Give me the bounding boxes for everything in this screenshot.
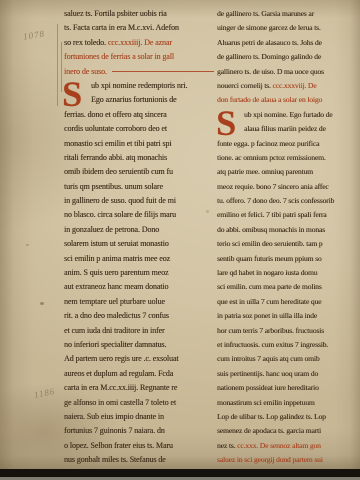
ink-text-segment: nouerci cornelij ts. — [217, 81, 272, 90]
ink-text-segment: ub xpi nomine. Ego furtado de — [244, 110, 332, 119]
ink-text-segment: fonte egga. p facinoz meoz purifica — [217, 139, 319, 148]
manuscript-text-line: fortuniones de ferrias a solar in gall — [64, 50, 216, 64]
ink-text-segment: que est in uilla 7 cum hereditate que — [217, 297, 321, 306]
manuscript-text-line: Ego aznarius fortunionis de — [64, 93, 216, 107]
ink-text-segment: in gonzaluez de petrona. Dono — [64, 225, 159, 234]
ink-text-segment: omib ibidem deo seruientib cum fu — [64, 167, 173, 176]
ink-text-segment: Aluarus petri de alasauco ts. Johs de — [217, 38, 322, 47]
manuscript-text-line: suis pertinentijs. hanc uoq uram do — [217, 367, 356, 381]
manuscript-text-line: tu. offero. 7 dono deo. 7 scis confessor… — [217, 194, 356, 208]
manuscript-text-line: nez ts. cc.xxx. De sennoz altam gon — [217, 439, 356, 453]
manuscript-text-line: semenez de apodaca ts. garcia marti — [217, 424, 356, 438]
ink-text-segment: nationem possideat iure hereditario — [217, 383, 319, 392]
ink-text-segment: Lop de ulibar ts. Lop galindez ts. Lop — [217, 412, 326, 421]
manuscript-text-line: nem temptare uel pturbare uolue — [64, 295, 216, 309]
manuscript-text-line: fortunius 7 guinonis 7 naiara. dn — [64, 424, 216, 438]
rubric-line-filler — [112, 71, 214, 72]
manuscript-text-line: nationem possideat iure hereditario — [217, 381, 356, 395]
manuscript-text-line: tione. ac omnium pctoz remissionem. — [217, 151, 356, 165]
text-column-left: S saluez ts. Fortila psbiter uobis riats… — [64, 7, 216, 468]
ink-text-segment: ge alfonso in omi castella 7 toleto et — [64, 398, 176, 407]
ink-text-segment: gallinero ts. de uiso. D ma uoce quos — [217, 67, 324, 76]
manuscript-photo: 1078 1186 S saluez ts. Fortila psbiter u… — [0, 0, 360, 480]
manuscript-text-line: gallinero ts. de uiso. D ma uoce quos — [217, 65, 356, 79]
manuscript-text-line: et infructuosis. cum exitus 7 ingressib. — [217, 338, 356, 352]
ink-text-segment: no blasco. circa solare de filijs maru — [64, 210, 176, 219]
manuscript-text-line: monastio sci emilin et tibi patri spi — [64, 137, 216, 151]
manuscript-text-line: o lopez. Selbon frater eius ts. Maru — [64, 439, 216, 453]
ink-text-segment: Ego aznarius fortunionis de — [91, 95, 177, 104]
manuscript-text-line: sci emilin p anima matris mee eoz — [64, 252, 216, 266]
ink-text-segment: naiera. Sub eius impio dnante in — [64, 412, 164, 421]
manuscript-text-line: atq patrie mee. omniuq parentum — [217, 165, 356, 179]
ink-text-segment: cordis uoluntate corroboro deo et — [64, 124, 167, 133]
manuscript-text-line: ritali ferrando abbi. atq monachis — [64, 151, 216, 165]
ink-text-segment: alaua filius mariin peidez de — [244, 124, 326, 133]
manuscript-text-line: ferrias. dono et offero atq sincera — [64, 108, 216, 122]
manuscript-text-line: fonte egga. p facinoz meoz purifica — [217, 137, 356, 151]
rubric-text-segment: fortuniones de ferrias a solar in gall — [64, 52, 174, 61]
ink-text-segment: nem temptare uel pturbare uolue — [64, 297, 165, 306]
photo-edge-strip — [0, 469, 360, 480]
ink-text-segment: hor cum terris 7 arboribus. fructuosis — [217, 326, 324, 335]
manuscript-text-line: aut extraneoz hanc meam donatio — [64, 280, 216, 294]
manuscript-text-line: so rex toledo. ccc.xxxiiij. De aznar — [64, 36, 216, 50]
ink-text-segment: tu. offero. 7 dono deo. 7 scis confessor… — [217, 196, 334, 205]
ink-text-segment: de gallinero ts. Domingo galindo de — [217, 52, 321, 61]
manuscript-text-line: sentib quam futuris meum ppium so — [217, 252, 356, 266]
ink-text-segment: o lopez. Selbon frater eius ts. Maru — [64, 441, 173, 450]
parchment-page: 1078 1186 S saluez ts. Fortila psbiter u… — [0, 0, 360, 469]
manuscript-text-line: lare qd habet in nogaro iusta domu — [217, 266, 356, 280]
manuscript-text-line: que est in uilla 7 cum hereditate que — [217, 295, 356, 309]
ink-text-segment: semenez de apodaca ts. garcia marti — [217, 426, 321, 435]
ink-text-segment: aureos et duplum ad regulam. Fcda — [64, 369, 173, 378]
ink-text-segment: terio sci emilin deo seruientib. tam p — [217, 239, 322, 248]
parchment-speck — [26, 244, 29, 246]
ink-text-segment: ferrias. dono et offero atq sincera — [64, 110, 167, 119]
manuscript-text-line: Lop de ulibar ts. Lop galindez ts. Lop — [217, 410, 356, 424]
manuscript-text-line: cordis uoluntate corroboro deo et — [64, 122, 216, 136]
ink-text-segment: solarem istum ut seruiat monastio — [64, 239, 169, 248]
manuscript-text-line: nus gonbalt miles ts. Stefanus de — [64, 453, 216, 467]
ink-text-segment: et infructuosis. cum exitus 7 ingressib. — [217, 340, 328, 349]
manuscript-text-line: ts. Facta carta in era M.c.xvi. Adefon — [64, 21, 216, 35]
rubric-text-segment: saluez in sci georgij dond partem sui — [217, 455, 323, 464]
text-column-right: S de gallinero ts. Garsia marunes aruing… — [217, 7, 356, 468]
ink-text-segment: emilino et felici. 7 tibi patri spali fe… — [217, 210, 327, 219]
manuscript-text-line: in gallinero de suso. quod fuit de mi — [64, 194, 216, 208]
ink-text-segment: monastirum sci emilin inppetuum — [217, 398, 315, 407]
rubric-text-segment: ccc.xxxiiij. De aznar — [108, 38, 172, 47]
manuscript-text-line: solarem istum ut seruiat monastio — [64, 237, 216, 251]
ink-text-segment: anim. S quis uero parentum meoz — [64, 268, 168, 277]
manuscript-text-line: Ad partem uero regis ure .c. exsoluat — [64, 352, 216, 366]
ink-text-segment: so rex toledo. — [64, 38, 108, 47]
manuscript-text-line: ub xpi nomine redemptoris nri. — [64, 79, 216, 93]
manuscript-text-line: monastirum sci emilin inppetuum — [217, 396, 356, 410]
rubric-text-segment: inero de suso. — [64, 65, 107, 79]
parchment-speck — [40, 302, 44, 305]
ink-text-segment: atq patrie mee. omniuq parentum — [217, 167, 313, 176]
ink-text-segment: lare qd habet in nogaro iusta domu — [217, 268, 317, 277]
ink-text-segment: carta in era M.cc.xx.iiij. Regnante re — [64, 383, 177, 392]
manuscript-text-line: no inferiori specialiter damnatus. — [64, 338, 216, 352]
manuscript-text-line: et cum iuda dni traditore in infer — [64, 324, 216, 338]
manuscript-text-line: turis qm psentibus. unum solare — [64, 180, 216, 194]
ink-text-segment: sci emilin. cum mea parte de molins — [217, 282, 322, 291]
pencil-date-annotation: 1078 — [22, 28, 45, 41]
rubric-text-segment: cc.xxx. De sennoz altam gon — [237, 441, 321, 450]
ink-text-segment: tione. ac omnium pctoz remissionem. — [217, 153, 326, 162]
ink-text-segment: ritali ferrando abbi. atq monachis — [64, 153, 167, 162]
ink-text-segment: in gallinero de suso. quod fuit de mi — [64, 196, 176, 205]
manuscript-text-line: inero de suso. — [64, 65, 216, 79]
pencil-date-annotation: 1186 — [33, 386, 56, 400]
manuscript-text-line: Aluarus petri de alasauco ts. Johs de — [217, 36, 356, 50]
ink-text-segment: uinger de simone garcez de lerua ts. — [217, 23, 321, 32]
ink-text-segment: nez ts. — [217, 441, 237, 450]
manuscript-text-line: saluez in sci georgij dond partem sui — [217, 453, 356, 467]
ink-text-segment: ub xpi nomine redemptoris nri. — [91, 81, 187, 90]
ink-text-segment: meoz requie. bono 7 sincero ania affec — [217, 182, 329, 191]
manuscript-text-line: rit. a dno deo maledictus 7 confus — [64, 309, 216, 323]
manuscript-text-line: emilino et felici. 7 tibi patri spali fe… — [217, 208, 356, 222]
manuscript-text-line: anim. S quis uero parentum meoz — [64, 266, 216, 280]
column-lines: saluez ts. Fortila psbiter uobis riats. … — [64, 7, 216, 468]
manuscript-text-line: ub xpi nomine. Ego furtado de — [217, 108, 356, 122]
manuscript-text-line: aureos et duplum ad regulam. Fcda — [64, 367, 216, 381]
manuscript-text-line: no blasco. circa solare de filijs maru — [64, 208, 216, 222]
manuscript-text-line: carta in era M.cc.xx.iiij. Regnante re — [64, 381, 216, 395]
manuscript-text-line: nouerci cornelij ts. ccc.xxxviij. De — [217, 79, 356, 93]
manuscript-text-line: meoz requie. bono 7 sincero ania affec — [217, 180, 356, 194]
manuscript-text-line: don furtado de alaua a solar en loigo — [217, 93, 356, 107]
ink-text-segment: et cum iuda dni traditore in infer — [64, 326, 165, 335]
manuscript-text-line: terio sci emilin deo seruientib. tam p — [217, 237, 356, 251]
rubric-text-segment: don furtado de alaua a solar en loigo — [217, 95, 322, 104]
manuscript-text-line: de gallinero ts. Domingo galindo de — [217, 50, 356, 64]
ink-text-segment: aut extraneoz hanc meam donatio — [64, 282, 168, 291]
manuscript-text-line: naiera. Sub eius impio dnante in — [64, 410, 216, 424]
manuscript-text-line: sci emilin. cum mea parte de molins — [217, 280, 356, 294]
margin-ruling-line — [57, 24, 58, 106]
manuscript-text-line: de gallinero ts. Garsia marunes ar — [217, 7, 356, 21]
ink-text-segment: in patria soz ponet in uilla illa inde — [217, 311, 317, 320]
ink-text-segment: do abbi. omibusq monachis in monas — [217, 225, 325, 234]
manuscript-text-line: alaua filius mariin peidez de — [217, 122, 356, 136]
ink-text-segment: suis pertinentijs. hanc uoq uram do — [217, 369, 318, 378]
ink-text-segment: Ad partem uero regis ure .c. exsoluat — [64, 354, 178, 363]
ink-text-segment: sentib quam futuris meum ppium so — [217, 254, 322, 263]
ink-text-segment: nus gonbalt miles ts. Stefanus de — [64, 455, 166, 464]
ink-text-segment: de gallinero ts. Garsia marunes ar — [217, 9, 314, 18]
ink-text-segment: saluez ts. Fortila psbiter uobis ria — [64, 9, 167, 18]
manuscript-text-line: cum introitus 7 aquis atq cum omib — [217, 352, 356, 366]
column-lines: de gallinero ts. Garsia marunes aruinger… — [217, 7, 356, 468]
manuscript-text-line: do abbi. omibusq monachis in monas — [217, 223, 356, 237]
manuscript-text-line: in patria soz ponet in uilla illa inde — [217, 309, 356, 323]
ink-text-segment: ts. Facta carta in era M.c.xvi. Adefon — [64, 23, 179, 32]
rubric-text-segment: ccc.xxxviij. De — [272, 81, 316, 90]
ink-text-segment: rit. a dno deo maledictus 7 confus — [64, 311, 169, 320]
manuscript-text-line: omib ibidem deo seruientib cum fu — [64, 165, 216, 179]
ink-text-segment: cum introitus 7 aquis atq cum omib — [217, 354, 319, 363]
ink-text-segment: no inferiori specialiter damnatus. — [64, 340, 166, 349]
manuscript-text-line: uinger de simone garcez de lerua ts. — [217, 21, 356, 35]
manuscript-text-line: saluez ts. Fortila psbiter uobis ria — [64, 7, 216, 21]
manuscript-text-line: ge alfonso in omi castella 7 toleto et — [64, 396, 216, 410]
ink-text-segment: sci emilin p anima matris mee eoz — [64, 254, 170, 263]
manuscript-text-line: hor cum terris 7 arboribus. fructuosis — [217, 324, 356, 338]
ink-text-segment: monastio sci emilin et tibi patri spi — [64, 139, 171, 148]
ink-text-segment: fortunius 7 guinonis 7 naiara. dn — [64, 426, 165, 435]
ink-text-segment: turis qm psentibus. unum solare — [64, 182, 163, 191]
manuscript-text-line: in gonzaluez de petrona. Dono — [64, 223, 216, 237]
